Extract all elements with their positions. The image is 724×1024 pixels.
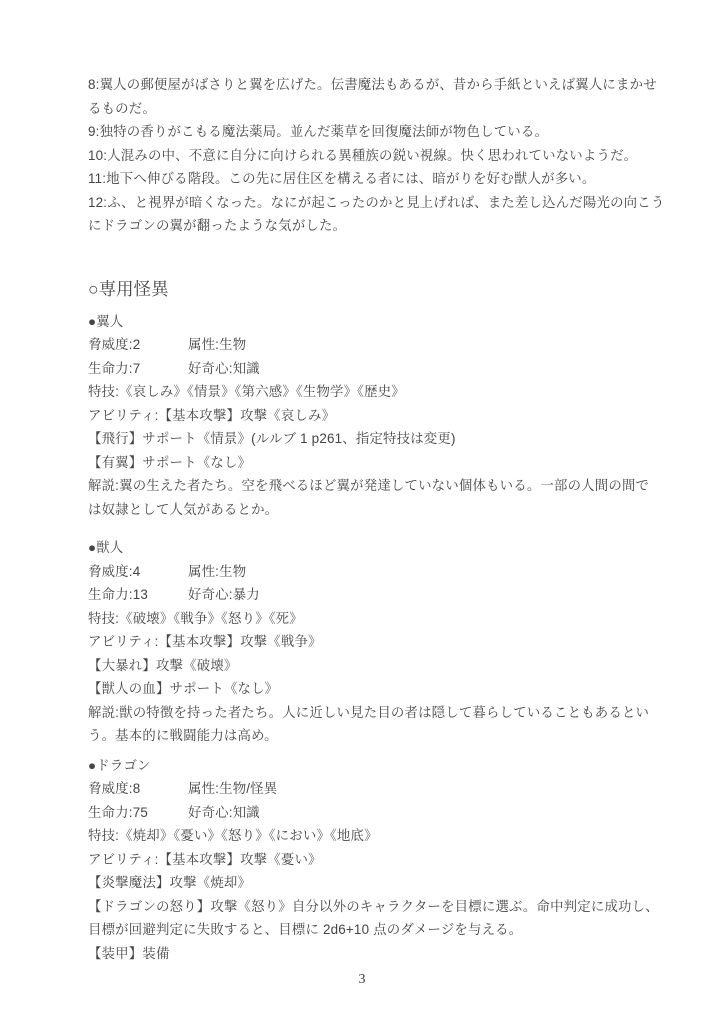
life-value: 生命力:7 [88,357,188,381]
text-line: るものだ。 [88,97,648,121]
ability-line: 目標が回避判定に失敗すると、目標に 2d6+10 点のダメージを与える。 [88,918,648,942]
stat-row: 生命力:13好奇心:暴力 [88,583,648,607]
text-line: 10:人混みの中、不意に自分に向けられる異種族の鋭い視線。快く思われていないよう… [88,144,648,168]
attribute-value: 属性:生物 [188,564,246,579]
ability-line: 【大暴れ】攻撃《破壊》 [88,654,648,678]
description-line: は奴隷として人気があるとか。 [88,498,648,522]
ability-line: 【ドラゴンの怒り】攻撃《怒り》自分以外のキャラクターを目標に選ぶ。命中判定に成功… [88,895,648,919]
attribute-value: 属性:生物 [188,337,246,352]
threat-value: 脅威度:8 [88,777,188,801]
stat-row: 生命力:75好奇心:知識 [88,801,648,825]
document-page: 8:翼人の郵便屋がばさりと翼を広げた。伝書魔法もあるが、昔から手紙といえば翼人に… [88,73,648,965]
monster-block-dragon: ●ドラゴン 脅威度:8属性:生物/怪異 生命力:75好奇心:知識 特技:《焼却》… [88,754,648,966]
text-line: にドラゴンの翼が翻ったような気がした。 [88,214,648,238]
stat-row: 脅威度:8属性:生物/怪異 [88,777,648,801]
stat-row: 脅威度:2属性:生物 [88,333,648,357]
description-line: 解説:翼の生えた者たち。空を飛べるほど翼が発達していない個体もいる。一部の人間の… [88,474,648,498]
ability-line: 【装甲】装備 [88,942,648,966]
ability-line: アビリティ:【基本攻撃】攻撃《哀しみ》 [88,404,648,428]
skills-line: 特技:《破壊》《戦争》《怒り》《死》 [88,607,648,631]
curiosity-value: 好奇心:暴力 [188,587,260,602]
monster-title: ●獣人 [88,536,648,560]
threat-value: 脅威度:4 [88,560,188,584]
ability-line: 【獣人の血】サポート《なし》 [88,677,648,701]
curiosity-value: 好奇心:知識 [188,361,260,376]
skills-line: 特技:《哀しみ》《情景》《第六感》《生物学》《歴史》 [88,380,648,404]
ability-line: アビリティ:【基本攻撃】攻撃《憂い》 [88,848,648,872]
text-line: 11:地下へ伸びる階段。この先に居住区を構える者には、暗がりを好む獣人が多い。 [88,167,648,191]
life-value: 生命力:75 [88,801,188,825]
section-heading: ○専用怪異 [88,276,648,302]
curiosity-value: 好奇心:知識 [188,805,260,820]
intro-paragraphs: 8:翼人の郵便屋がばさりと翼を広げた。伝書魔法もあるが、昔から手紙といえば翼人に… [88,73,648,238]
monster-title: ●ドラゴン [88,754,648,778]
monster-block-wingfolk: ●翼人 脅威度:2属性:生物 生命力:7好奇心:知識 特技:《哀しみ》《情景》《… [88,310,648,522]
skills-line: 特技:《焼却》《憂い》《怒り》《におい》《地底》 [88,824,648,848]
description-line: う。基本的に戦闘能力は高め。 [88,724,648,748]
text-line: 9:独特の香りがこもる魔法薬局。並んだ薬草を回復魔法師が物色している。 [88,120,648,144]
ability-line: アビリティ:【基本攻撃】攻撃《戦争》 [88,630,648,654]
life-value: 生命力:13 [88,583,188,607]
ability-line: 【有翼】サポート《なし》 [88,451,648,475]
ability-line: 【炎撃魔法】攻撃《焼却》 [88,871,648,895]
threat-value: 脅威度:2 [88,333,188,357]
ability-line: 【飛行】サポート《情景》(ルルブ 1 p261、指定特技は変更) [88,427,648,451]
monster-title: ●翼人 [88,310,648,334]
text-line: 8:翼人の郵便屋がばさりと翼を広げた。伝書魔法もあるが、昔から手紙といえば翼人に… [88,73,648,97]
description-line: 解説:獣の特徴を持った者たち。人に近しい見た目の者は隠して暮らしていることもある… [88,701,648,725]
text-line: 12:ふ、と視界が暗くなった。なにが起こったのかと見上げれば、また差し込んだ陽光… [88,191,648,215]
attribute-value: 属性:生物/怪異 [188,781,277,796]
stat-row: 生命力:7好奇心:知識 [88,357,648,381]
stat-row: 脅威度:4属性:生物 [88,560,648,584]
page-number: 3 [0,972,724,988]
monster-block-beastfolk: ●獣人 脅威度:4属性:生物 生命力:13好奇心:暴力 特技:《破壊》《戦争》《… [88,536,648,748]
